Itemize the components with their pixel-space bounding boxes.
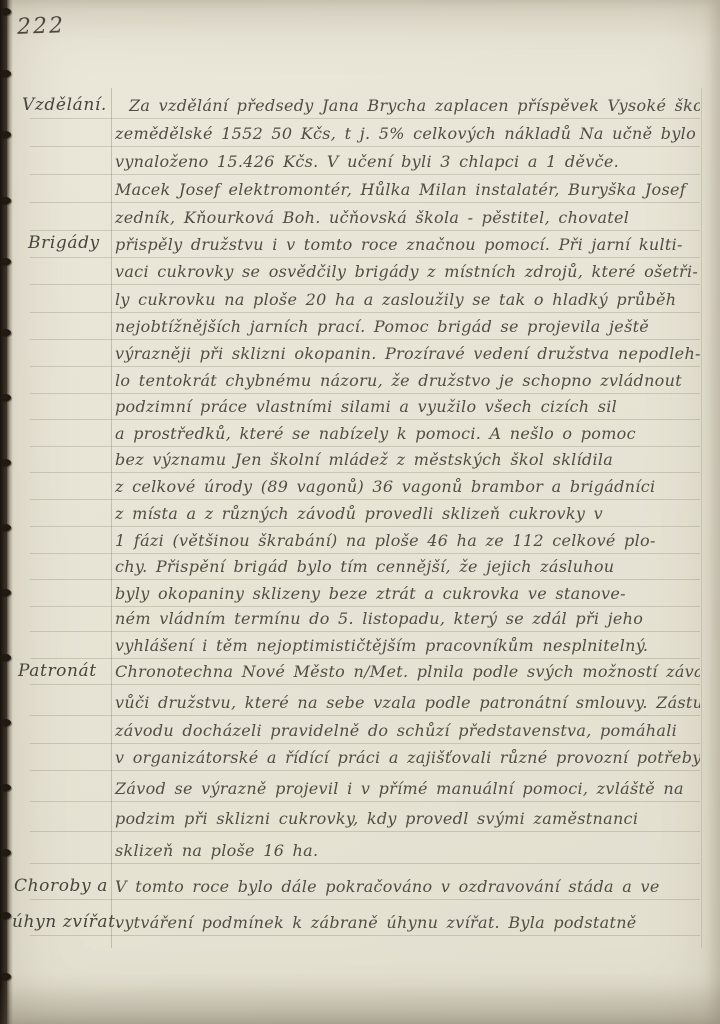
text-line: vyhlášení i těm nejoptimističtějším prac… [30, 633, 700, 659]
text-line: podzimní práce vlastními silami a využil… [30, 394, 700, 420]
chronicle-page-scan: 222 Vzdělání. Brigády Patronát Choroby a… [0, 0, 720, 1024]
text-line: závodu docházeli pravidelně do schůzí př… [30, 718, 700, 744]
text-line: bez významu Jen školní mládež z městskýc… [30, 447, 700, 473]
binding-stitch [1, 459, 11, 466]
text-line: byly okopaniny sklizeny beze ztrát a cuk… [30, 581, 700, 607]
binding-stitch [1, 784, 11, 791]
book-binding-edge [0, 0, 13, 1024]
text-line: ly cukrovku na ploše 20 ha a zasloužily … [30, 287, 700, 313]
text-line: Chronotechna Nové Město n/Met. plnila po… [30, 659, 700, 685]
page-number: 222 [17, 13, 66, 40]
text-line: Za vzdělání předsedy Jana Brycha zaplace… [30, 93, 700, 119]
binding-stitch [1, 589, 11, 596]
binding-stitch [1, 258, 11, 265]
text-line: Macek Josef elektromontér, Hůlka Milan i… [30, 177, 700, 203]
binding-stitch [1, 70, 11, 77]
binding-stitch [1, 524, 11, 531]
text-line: podzim při sklizni cukrovky, kdy provedl… [30, 806, 700, 832]
text-line: výrazněji při sklizni okopanin. Prozírav… [30, 341, 700, 367]
text-line: lo tentokrát chybnému názoru, že družstv… [30, 368, 700, 394]
text-line: chy. Přispění brigád bylo tím cennější, … [30, 554, 700, 580]
text-line: V tomto roce bylo dále pokračováno v ozd… [30, 874, 700, 900]
text-line: zedník, Kňourková Boh. učňovská škola - … [30, 205, 700, 231]
text-line: nejobtížnějších jarních prací. Pomoc bri… [30, 314, 700, 340]
binding-stitch [1, 654, 11, 661]
binding-stitch [1, 197, 11, 204]
text-line: 1 fázi (většinou škrabání) na ploše 46 h… [30, 528, 700, 554]
binding-stitch [1, 329, 11, 336]
text-line: z celkové úrody (89 vagonů) 36 vagonů br… [30, 474, 700, 500]
text-line: Závod se výrazně projevil i v přímé manu… [30, 776, 700, 802]
text-line: vynaloženo 15.426 Kčs. V učení byli 3 ch… [30, 149, 700, 175]
text-line: ném vládním termínu do 5. listopadu, kte… [30, 606, 700, 632]
binding-stitch [1, 719, 11, 726]
text-line: a prostředků, které se nabízely k pomoci… [30, 421, 700, 447]
text-line: vytváření podmínek k zábraně úhynu zvířa… [30, 910, 700, 936]
binding-stitch [1, 973, 11, 980]
text-line: přispěly družstvu i v tomto roce značnou… [30, 232, 700, 258]
text-line: sklizeň na ploše 16 ha. [30, 838, 700, 864]
right-margin-rule [701, 88, 702, 948]
text-line: v organizátorské a řídící práci a zajišť… [30, 745, 700, 771]
text-line: zemědělské 1552 50 Kčs, t j. 5% celkovýc… [30, 121, 700, 147]
binding-stitch [1, 394, 11, 401]
text-line: vůči družstvu, které na sebe vzala podle… [30, 690, 700, 716]
text-line: vaci cukrovky se osvědčily brigády z mís… [30, 259, 700, 285]
text-line: z místa a z různých závodů provedli skli… [30, 501, 700, 527]
binding-stitch [1, 8, 11, 15]
binding-stitch [1, 131, 11, 138]
binding-stitch [1, 849, 11, 856]
binding-stitch [1, 912, 11, 919]
